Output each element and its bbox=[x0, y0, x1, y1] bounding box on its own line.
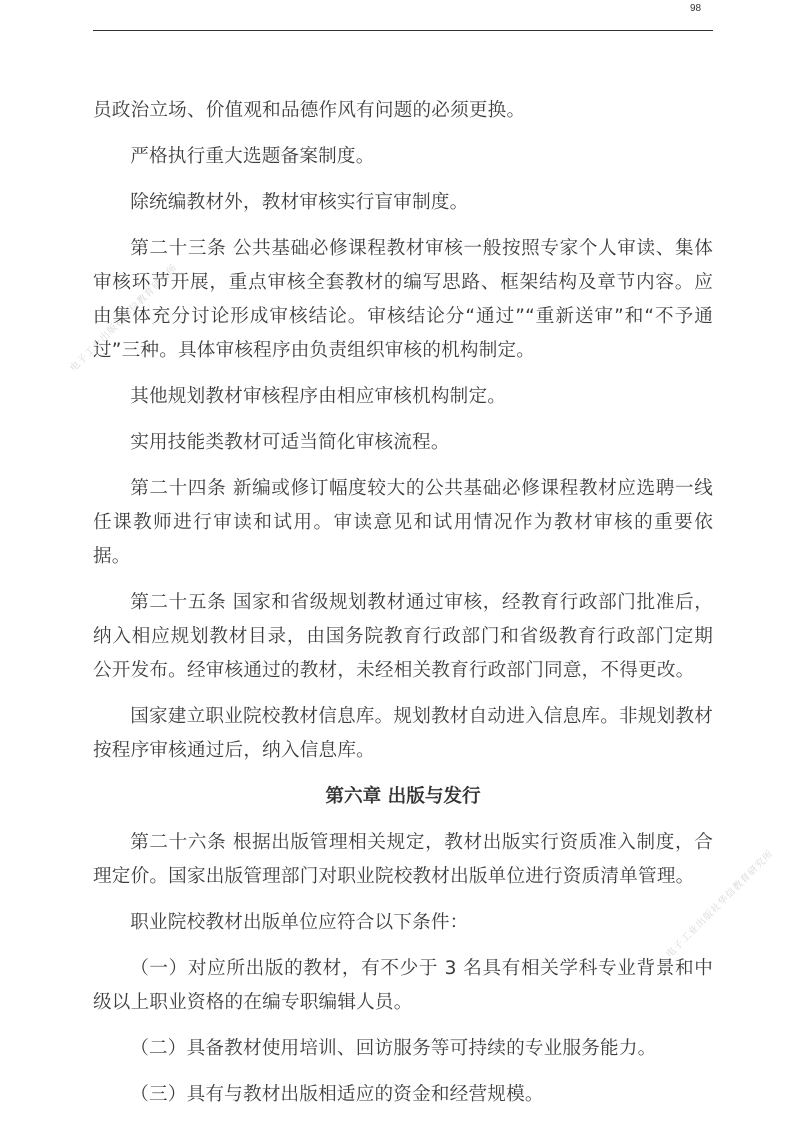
list-item-condition-1: （一）对应所出版的教材，有不少于 3 名具有相关学科专业背景和中级以上职业资格的… bbox=[93, 952, 713, 1020]
paragraph-article-26: 第二十六条 根据出版管理相关规定，教材出版实行资质准入制度，合理定价。国家出版管… bbox=[93, 826, 713, 894]
paragraph: 国家建立职业院校教材信息库。规划教材自动进入信息库。非规划教材按程序审核通过后，… bbox=[93, 700, 713, 768]
paragraph: 严格执行重大选题备案制度。 bbox=[93, 140, 713, 174]
paragraph-article-23: 第二十三条 公共基础必修课程教材审核一般按照专家个人审读、集体审核环节开展，重点… bbox=[93, 232, 713, 368]
paragraph: 除统编教材外，教材审核实行盲审制度。 bbox=[93, 186, 713, 220]
paragraph: 员政治立场、价值观和品德作风有问题的必须更换。 bbox=[93, 94, 713, 128]
list-item-condition-3: （三）具有与教材出版相适应的资金和经营规模。 bbox=[93, 1078, 713, 1112]
paragraph: 职业院校教材出版单位应符合以下条件： bbox=[93, 906, 713, 940]
list-item-condition-2: （二）具备教材使用培训、回访服务等可持续的专业服务能力。 bbox=[93, 1032, 713, 1066]
document-body: 员政治立场、价值观和品德作风有问题的必须更换。 严格执行重大选题备案制度。 除统… bbox=[93, 94, 713, 1122]
page-number: 98 bbox=[690, 3, 701, 14]
header-rule bbox=[93, 30, 713, 31]
chapter-title: 第六章 出版与发行 bbox=[93, 780, 713, 814]
paragraph: 实用技能类教材可适当简化审核流程。 bbox=[93, 426, 713, 460]
paragraph-article-25: 第二十五条 国家和省级规划教材通过审核，经教育行政部门批准后，纳入相应规划教材目… bbox=[93, 586, 713, 688]
paragraph-article-24: 第二十四条 新编或修订幅度较大的公共基础必修课程教材应选聘一线任课教师进行审读和… bbox=[93, 472, 713, 574]
paragraph: 其他规划教材审核程序由相应审核机构制定。 bbox=[93, 380, 713, 414]
